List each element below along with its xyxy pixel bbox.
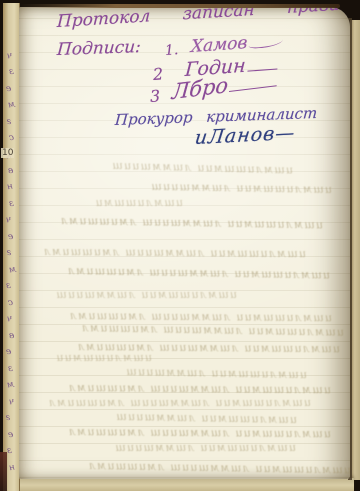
margin-ink-mark: н bbox=[7, 183, 14, 192]
signature-1-number: 1. bbox=[164, 42, 178, 59]
bleed-through-line: ишмлишшмии лшммшииш лмишшимл шиишмлишим … bbox=[95, 159, 293, 177]
bleed-through-line: ишмлишшмии лшммшииш лмишшимл шиишмлишим … bbox=[30, 246, 306, 261]
signature-1-flourish bbox=[249, 36, 284, 48]
bleed-through-line: ишмлишшмии лшммшииш лмишшимл шиишмлишим … bbox=[34, 442, 296, 455]
bleed-through-line: ишмлишшмии лшммшииш лмишшимл шиишмлишим … bbox=[39, 397, 311, 410]
bleed-through-line: ишмлишшмии лшммшииш лмишшимл шиишмлишим … bbox=[59, 459, 350, 477]
notebook-page: ишмлишшмии лшммшииш лмишшимл шиишмлишим … bbox=[19, 7, 350, 479]
bleed-through-line: ишмлишшмии лшммшииш лмишшимл шиишмлишим … bbox=[29, 382, 331, 398]
margin-ink-mark: з bbox=[6, 282, 12, 290]
margin-ink-mark: ч bbox=[6, 216, 12, 225]
bleed-through-line: ишмлишшмии лшммшииш лмишшимл шиишмлишим … bbox=[55, 365, 307, 382]
bleed-through-line: ишмлишшмии лшммшииш лмишшимл шиишмлишим … bbox=[28, 264, 330, 282]
margin-ink-mark: з bbox=[9, 68, 15, 76]
bleed-through-line: ишмлишшмии лшммшииш лмишшимл шиишмлишим … bbox=[27, 426, 331, 442]
bleed-through-line: ишмлишшмии лшммшииш лмишшимл шиишмлишим … bbox=[30, 352, 152, 365]
bleed-through-line: ишмлишшмии лшммшииш лмишшимл шиишмлишим … bbox=[30, 310, 332, 326]
margin-ink-mark: в bbox=[8, 167, 14, 176]
bleed-through-line: ишмлишшмии лшммшииш лмишшимл шиишмлишим … bbox=[95, 197, 183, 210]
margin-ink-mark: з bbox=[8, 365, 14, 373]
margin-ink-mark: е bbox=[8, 431, 14, 440]
bottom-left-stain bbox=[0, 452, 7, 491]
margin-ink-mark: с bbox=[8, 299, 14, 307]
bleed-through-line: ишмлишшмии лшммшииш лмишшимл шиишмлишим … bbox=[55, 289, 237, 302]
margin-ink-mark: м bbox=[9, 266, 17, 275]
margin-ink-mark: г bbox=[6, 414, 11, 422]
signature-2-number: 2 bbox=[152, 64, 163, 84]
page-stack-left-edge: чземгсквнзчегмзсчвезмчгезн bbox=[3, 3, 20, 491]
page-stack-bottom-edge bbox=[6, 478, 354, 491]
bleed-through-line: ишмлишшмии лшммшииш лмишшимл шиишмлишим … bbox=[28, 321, 344, 340]
margin-ink-mark: е bbox=[8, 233, 14, 242]
margin-ink-mark: е bbox=[6, 348, 12, 357]
margin-ink-mark: г bbox=[7, 118, 12, 126]
margin-page-number: 10 bbox=[1, 148, 14, 158]
margin-ink-mark: в bbox=[9, 332, 15, 341]
bleed-through-line: ишмлишшмии лшммшииш лмишшимл шиишмлишим … bbox=[30, 341, 340, 357]
margin-ink-mark: м bbox=[7, 381, 15, 390]
margin-ink-mark: с bbox=[9, 134, 15, 142]
margin-ink-mark: г bbox=[7, 249, 12, 257]
page-top-edge-shadow bbox=[20, 4, 340, 8]
margin-ink-mark: з bbox=[9, 200, 15, 208]
margin-ink-mark: з bbox=[7, 447, 13, 455]
signatures-label: Подписи: bbox=[56, 37, 141, 60]
bleed-through-line: ишмлишшмии лшммшииш лмишшимл шиишмлишим … bbox=[55, 410, 297, 427]
bleed-through-line: ишмлишшмии лшммшииш лмишшимл шиишмлишим … bbox=[35, 214, 323, 232]
margin-ink-mark: ч bbox=[7, 315, 13, 324]
margin-ink-mark: н bbox=[9, 464, 16, 473]
signature-3-number: 3 bbox=[149, 86, 160, 106]
margin-ink-mark: ч bbox=[7, 52, 13, 61]
margin-ink-mark: м bbox=[8, 101, 16, 110]
margin-ink-mark: ч bbox=[9, 398, 15, 407]
signature-1-text: Хамов bbox=[190, 33, 248, 57]
scanned-notebook-page: чземгсквнзчегмзсчвезмчгезн 10 ишмлишшмии… bbox=[0, 0, 360, 491]
margin-ink-mark: е bbox=[6, 85, 12, 94]
bleed-through-line: ишмлишшмии лшммшииш лмишшимл шиишмлишим … bbox=[100, 180, 332, 197]
signature-3-flourish bbox=[229, 75, 278, 91]
